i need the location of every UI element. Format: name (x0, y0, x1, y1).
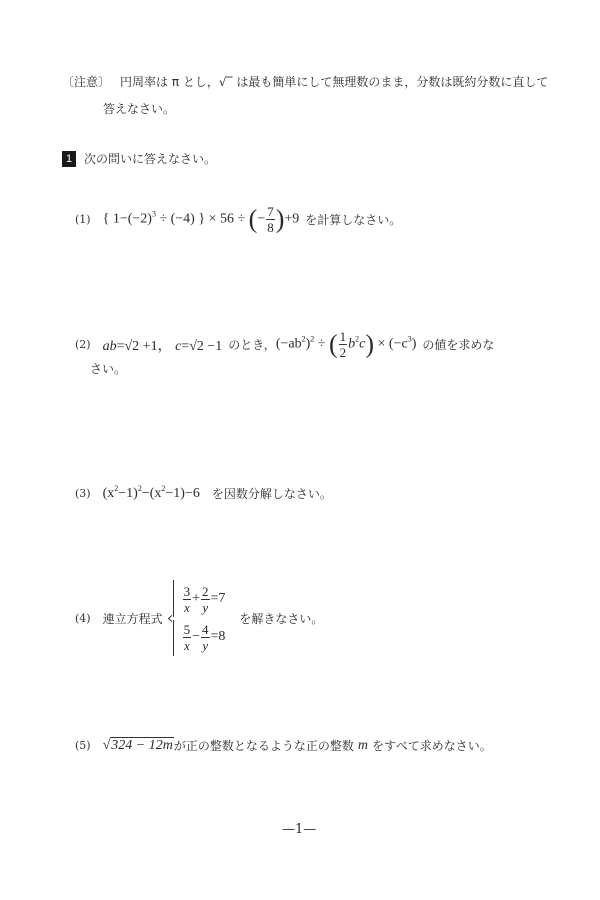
equation-1: 3x + 2y =7 (182, 585, 226, 614)
question-5: (5) √324 − 12m が正の整数となるような正の整数 m をすべて求めな… (75, 737, 492, 754)
section-number-badge: 1 (62, 151, 76, 167)
q5-instruction-end: をすべて求めなさい。 (372, 737, 492, 754)
q1-expression: { 1−(−2)3 ÷ (−4) } × 56 ÷ (−78)+9 (103, 205, 300, 234)
question-number: (3) (75, 487, 91, 500)
fraction: 78 (266, 205, 275, 234)
note-text-1: 円周率は π とし，√‾ は最も簡単にして無理数のまま，分数は既約分数に直して (120, 75, 548, 89)
question-2: (2) ab=√2 +1， c=√2 −1 のとき， (−ab2)2 ÷ (12… (75, 330, 494, 359)
question-4: (4) 連立方程式 3x + 2y =7 5x − 4y =8 を解きなさい。 (75, 580, 323, 656)
equation-2: 5x − 4y =8 (182, 623, 226, 652)
section-header: 1 次の問いに答えなさい。 (62, 150, 216, 167)
square-root: √324 − 12m (103, 738, 174, 754)
note-label: 〔注意〕 (62, 75, 110, 89)
variable-m: m (358, 738, 368, 754)
question-number: (4) (75, 612, 91, 625)
q4-label: 連立方程式 (103, 610, 163, 627)
q4-instruction: を解きなさい。 (239, 610, 323, 627)
note-line-2: 答えなさい。 (103, 100, 175, 117)
q2-condition: ab=√2 +1， c=√2 −1 (103, 335, 223, 355)
q5-instruction: が正の整数となるような正の整数 (174, 737, 354, 754)
question-number: (2) (75, 338, 91, 351)
equation-system: 3x + 2y =7 5x − 4y =8 (173, 580, 226, 656)
question-number: (5) (75, 739, 91, 752)
left-paren: ( (249, 205, 258, 234)
q3-expression: (x2−1)2−(x2−1)−6 (103, 486, 200, 502)
q1-instruction: を計算しなさい。 (305, 211, 401, 228)
question-1: (1) { 1−(−2)3 ÷ (−4) } × 56 ÷ (−78)+9 を計… (75, 205, 401, 234)
note-line-1: 〔注意〕円周率は π とし，√‾ は最も簡単にして無理数のまま，分数は既約分数に… (62, 73, 548, 90)
q2-instruction: の値を求めな (422, 336, 494, 353)
page-number: —1— (282, 822, 316, 837)
q3-instruction: を因数分解しなさい。 (212, 485, 332, 502)
q2-expression: (−ab2)2 ÷ (12b2c) × (−c3) (276, 330, 417, 359)
question-number: (1) (75, 213, 91, 226)
section-title: 次の問いに答えなさい。 (84, 150, 216, 167)
q2-instruction-cont: さい。 (90, 360, 126, 377)
question-3: (3) (x2−1)2−(x2−1)−6 を因数分解しなさい。 (75, 485, 332, 502)
fraction: 12 (339, 330, 348, 359)
